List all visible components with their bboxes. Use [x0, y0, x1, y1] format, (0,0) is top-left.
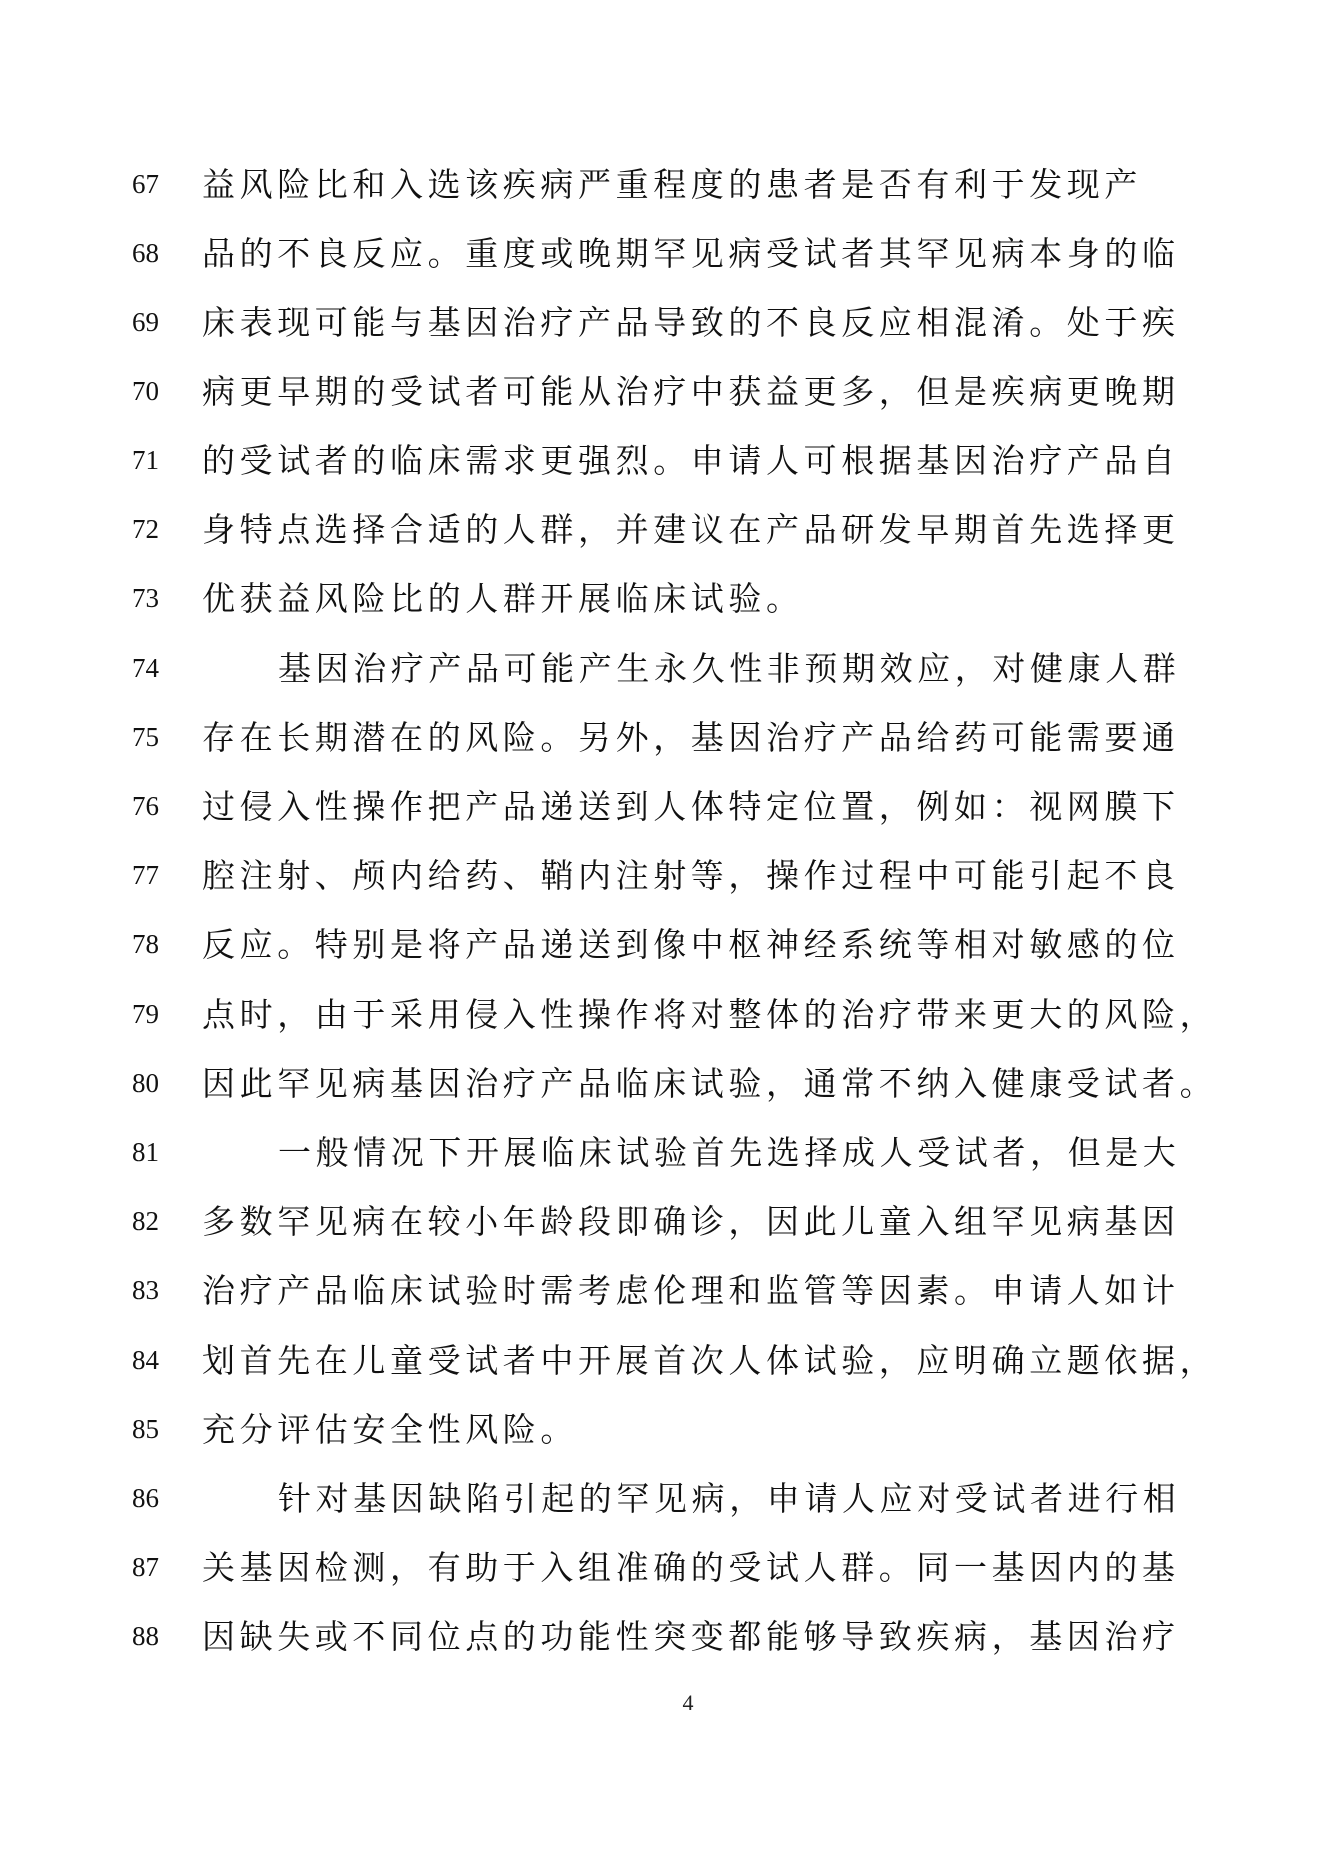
text-line: 84 划首先在儿童受试者中开展首次人体试验，应明确立题依据， [0, 1326, 1323, 1395]
text-line: 70 病更早期的受试者可能从治疗中获益更多，但是疾病更晚期 [0, 357, 1323, 426]
line-number: 75 [132, 703, 172, 772]
text-line: 67 益风险比和入选该疾病严重程度的患者是否有利于发现产 [0, 150, 1323, 219]
text-line: 87 关基因检测，有助于入组准确的受试人群。同一基因内的基 [0, 1533, 1323, 1602]
line-text: 点时，由于采用侵入性操作将对整体的治疗带来更大的风险， [202, 980, 1132, 1049]
line-text: 腔注射、颅内给药、鞘内注射等，操作过程中可能引起不良 [202, 841, 1132, 910]
line-text: 优获益风险比的人群开展临床试验。 [202, 564, 1132, 633]
line-text: 病更早期的受试者可能从治疗中获益更多，但是疾病更晚期 [202, 357, 1132, 426]
text-line: 73 优获益风险比的人群开展临床试验。 [0, 564, 1323, 633]
line-text: 基因治疗产品可能产生永久性非预期效应，对健康人群 [278, 634, 1208, 703]
line-text: 针对基因缺陷引起的罕见病，申请人应对受试者进行相 [278, 1464, 1208, 1533]
line-number: 76 [132, 772, 172, 841]
line-text: 过侵入性操作把产品递送到人体特定位置，例如：视网膜下 [202, 772, 1132, 841]
line-number: 73 [132, 564, 172, 633]
line-number: 70 [132, 357, 172, 426]
text-line: 81 一般情况下开展临床试验首先选择成人受试者，但是大 [0, 1118, 1323, 1187]
line-number: 87 [132, 1533, 172, 1602]
text-line: 82 多数罕见病在较小年龄段即确诊，因此儿童入组罕见病基因 [0, 1187, 1323, 1256]
line-number: 67 [132, 150, 172, 219]
line-text: 一般情况下开展临床试验首先选择成人受试者，但是大 [278, 1118, 1208, 1187]
text-line: 86 针对基因缺陷引起的罕见病，申请人应对受试者进行相 [0, 1464, 1323, 1533]
line-text: 品的不良反应。重度或晚期罕见病受试者其罕见病本身的临 [202, 219, 1132, 288]
line-text: 充分评估安全性风险。 [202, 1395, 1132, 1464]
line-number: 84 [132, 1326, 172, 1395]
line-number: 86 [132, 1464, 172, 1533]
line-number: 68 [132, 219, 172, 288]
line-number: 80 [132, 1049, 172, 1118]
line-number: 78 [132, 910, 172, 979]
line-number: 79 [132, 980, 172, 1049]
line-number: 85 [132, 1395, 172, 1464]
line-text: 存在长期潜在的风险。另外，基因治疗产品给药可能需要通 [202, 703, 1132, 772]
line-text: 关基因检测，有助于入组准确的受试人群。同一基因内的基 [202, 1533, 1132, 1602]
line-number: 81 [132, 1118, 172, 1187]
text-line: 72 身特点选择合适的人群，并建议在产品研发早期首先选择更 [0, 495, 1323, 564]
line-text: 身特点选择合适的人群，并建议在产品研发早期首先选择更 [202, 495, 1132, 564]
line-number: 77 [132, 841, 172, 910]
text-line: 74 基因治疗产品可能产生永久性非预期效应，对健康人群 [0, 634, 1323, 703]
text-line: 75 存在长期潜在的风险。另外，基因治疗产品给药可能需要通 [0, 703, 1323, 772]
line-number: 83 [132, 1256, 172, 1325]
line-text: 的受试者的临床需求更强烈。申请人可根据基因治疗产品自 [202, 426, 1132, 495]
line-number: 88 [132, 1602, 172, 1671]
text-line: 79 点时，由于采用侵入性操作将对整体的治疗带来更大的风险， [0, 980, 1323, 1049]
line-text: 因此罕见病基因治疗产品临床试验，通常不纳入健康受试者。 [202, 1049, 1132, 1118]
document-page: 67 益风险比和入选该疾病严重程度的患者是否有利于发现产 68 品的不良反应。重… [0, 0, 1323, 1871]
line-number: 74 [132, 634, 172, 703]
line-number: 72 [132, 495, 172, 564]
line-text: 划首先在儿童受试者中开展首次人体试验，应明确立题依据， [202, 1326, 1132, 1395]
line-text: 因缺失或不同位点的功能性突变都能够导致疾病，基因治疗 [202, 1602, 1132, 1671]
text-line: 85 充分评估安全性风险。 [0, 1395, 1323, 1464]
line-number: 82 [132, 1187, 172, 1256]
page-number: 4 [0, 1690, 1323, 1716]
line-number: 71 [132, 426, 172, 495]
line-text: 床表现可能与基因治疗产品导致的不良反应相混淆。处于疾 [202, 288, 1132, 357]
line-text: 多数罕见病在较小年龄段即确诊，因此儿童入组罕见病基因 [202, 1187, 1132, 1256]
text-line: 83 治疗产品临床试验时需考虑伦理和监管等因素。申请人如计 [0, 1256, 1323, 1325]
text-line: 68 品的不良反应。重度或晚期罕见病受试者其罕见病本身的临 [0, 219, 1323, 288]
text-line: 78 反应。特别是将产品递送到像中枢神经系统等相对敏感的位 [0, 910, 1323, 979]
text-line: 80 因此罕见病基因治疗产品临床试验，通常不纳入健康受试者。 [0, 1049, 1323, 1118]
text-line: 69 床表现可能与基因治疗产品导致的不良反应相混淆。处于疾 [0, 288, 1323, 357]
text-line: 71 的受试者的临床需求更强烈。申请人可根据基因治疗产品自 [0, 426, 1323, 495]
line-text: 治疗产品临床试验时需考虑伦理和监管等因素。申请人如计 [202, 1256, 1132, 1325]
line-text: 反应。特别是将产品递送到像中枢神经系统等相对敏感的位 [202, 910, 1132, 979]
line-number: 69 [132, 288, 172, 357]
line-text: 益风险比和入选该疾病严重程度的患者是否有利于发现产 [202, 150, 1132, 219]
text-line: 88 因缺失或不同位点的功能性突变都能够导致疾病，基因治疗 [0, 1602, 1323, 1671]
text-line: 77 腔注射、颅内给药、鞘内注射等，操作过程中可能引起不良 [0, 841, 1323, 910]
text-line: 76 过侵入性操作把产品递送到人体特定位置，例如：视网膜下 [0, 772, 1323, 841]
